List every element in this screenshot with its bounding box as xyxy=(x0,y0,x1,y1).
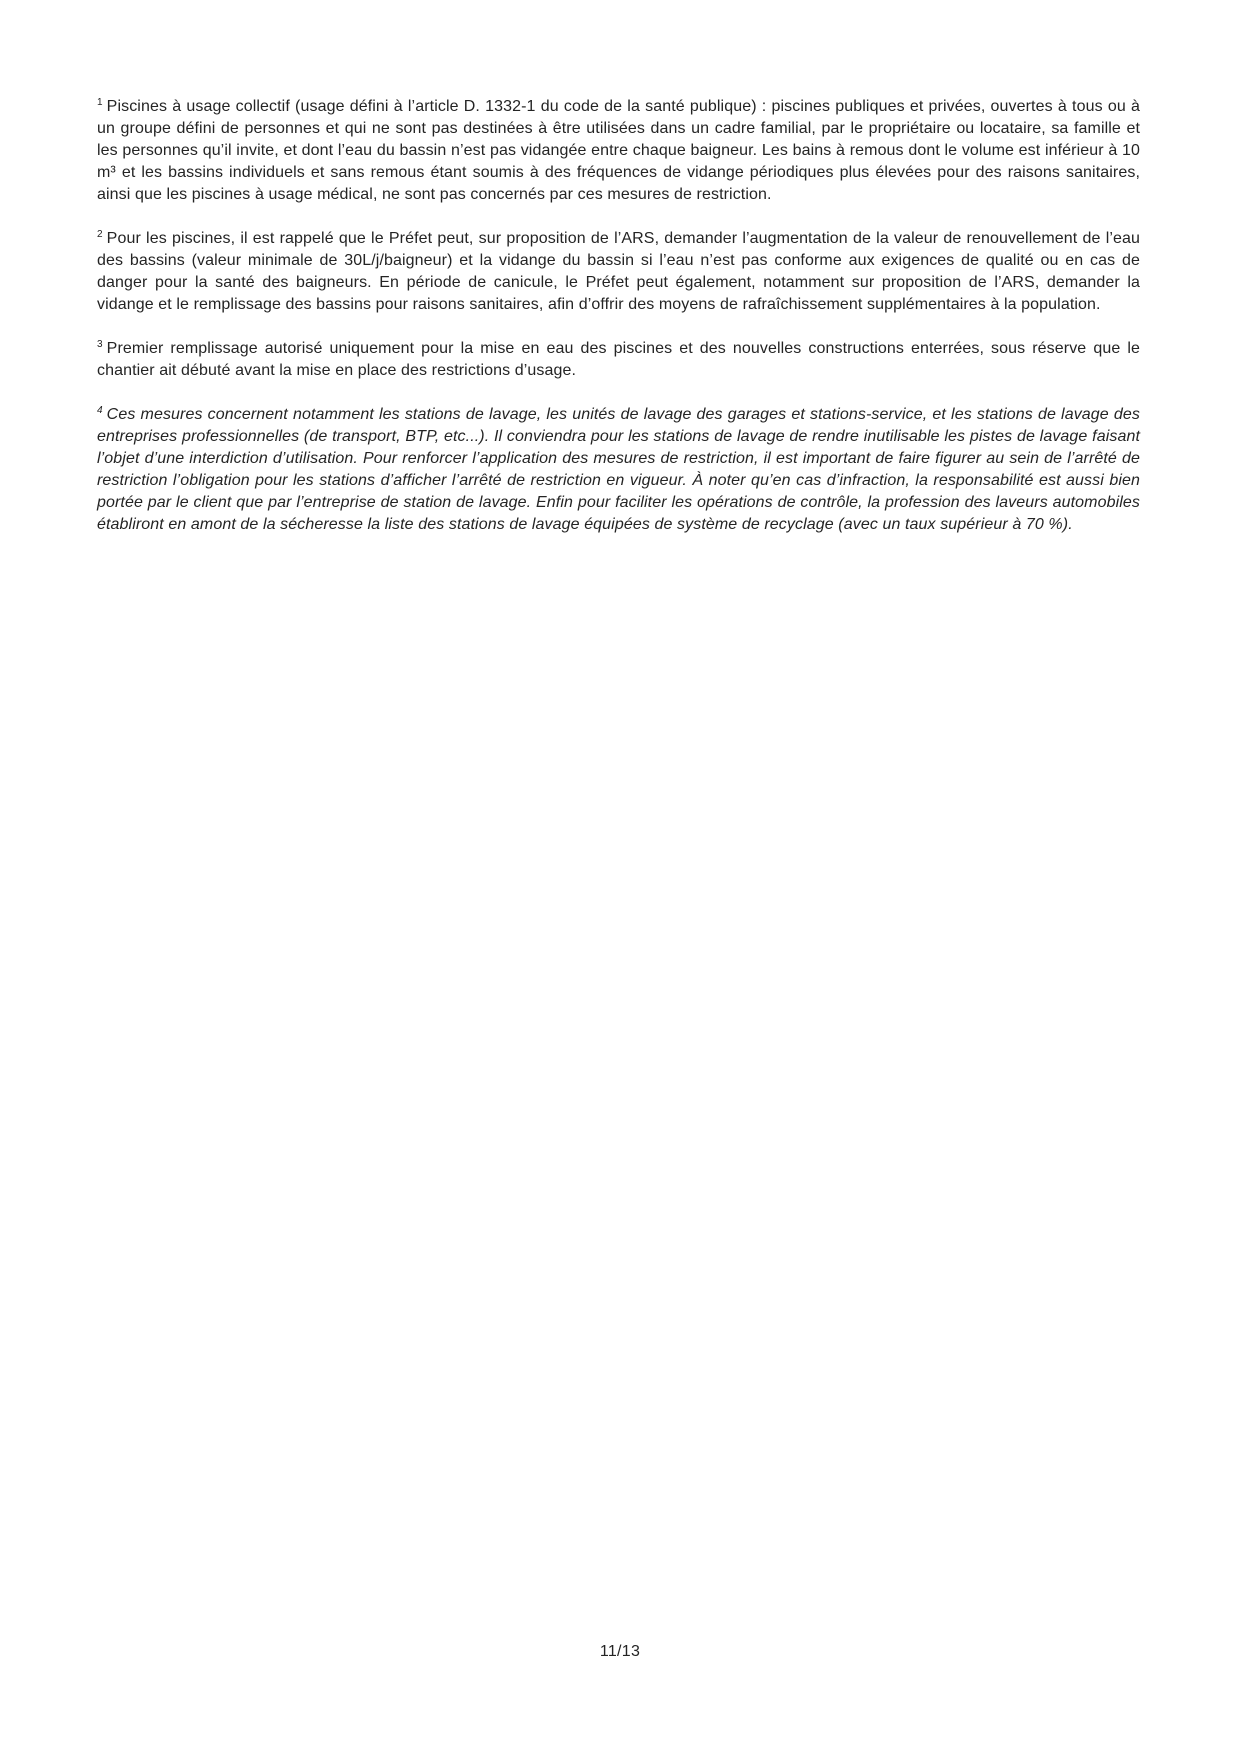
footnote-3-marker: 3 xyxy=(97,339,103,350)
footnote-1-marker: 1 xyxy=(97,97,103,108)
footnote-4: 4Ces mesures concernent notamment les st… xyxy=(97,404,1140,536)
footnote-4-text: Ces mesures concernent notamment les sta… xyxy=(97,406,1140,533)
page-number: 11/13 xyxy=(0,1643,1240,1661)
footnote-2: 2Pour les piscines, il est rappelé que l… xyxy=(97,228,1140,316)
document-page: 1Piscines à usage collectif (usage défin… xyxy=(0,0,1240,1754)
footnote-2-text: Pour les piscines, il est rappelé que le… xyxy=(97,230,1140,313)
footnote-1-text: Piscines à usage collectif (usage défini… xyxy=(97,98,1140,203)
footnote-2-marker: 2 xyxy=(97,229,103,240)
footnote-1: 1Piscines à usage collectif (usage défin… xyxy=(97,96,1140,206)
footnote-3-text: Premier remplissage autorisé uniquement … xyxy=(97,340,1140,379)
footnote-3: 3Premier remplissage autorisé uniquement… xyxy=(97,338,1140,382)
footnote-4-marker: 4 xyxy=(97,405,103,416)
footnotes-block: 1Piscines à usage collectif (usage défin… xyxy=(97,96,1140,558)
